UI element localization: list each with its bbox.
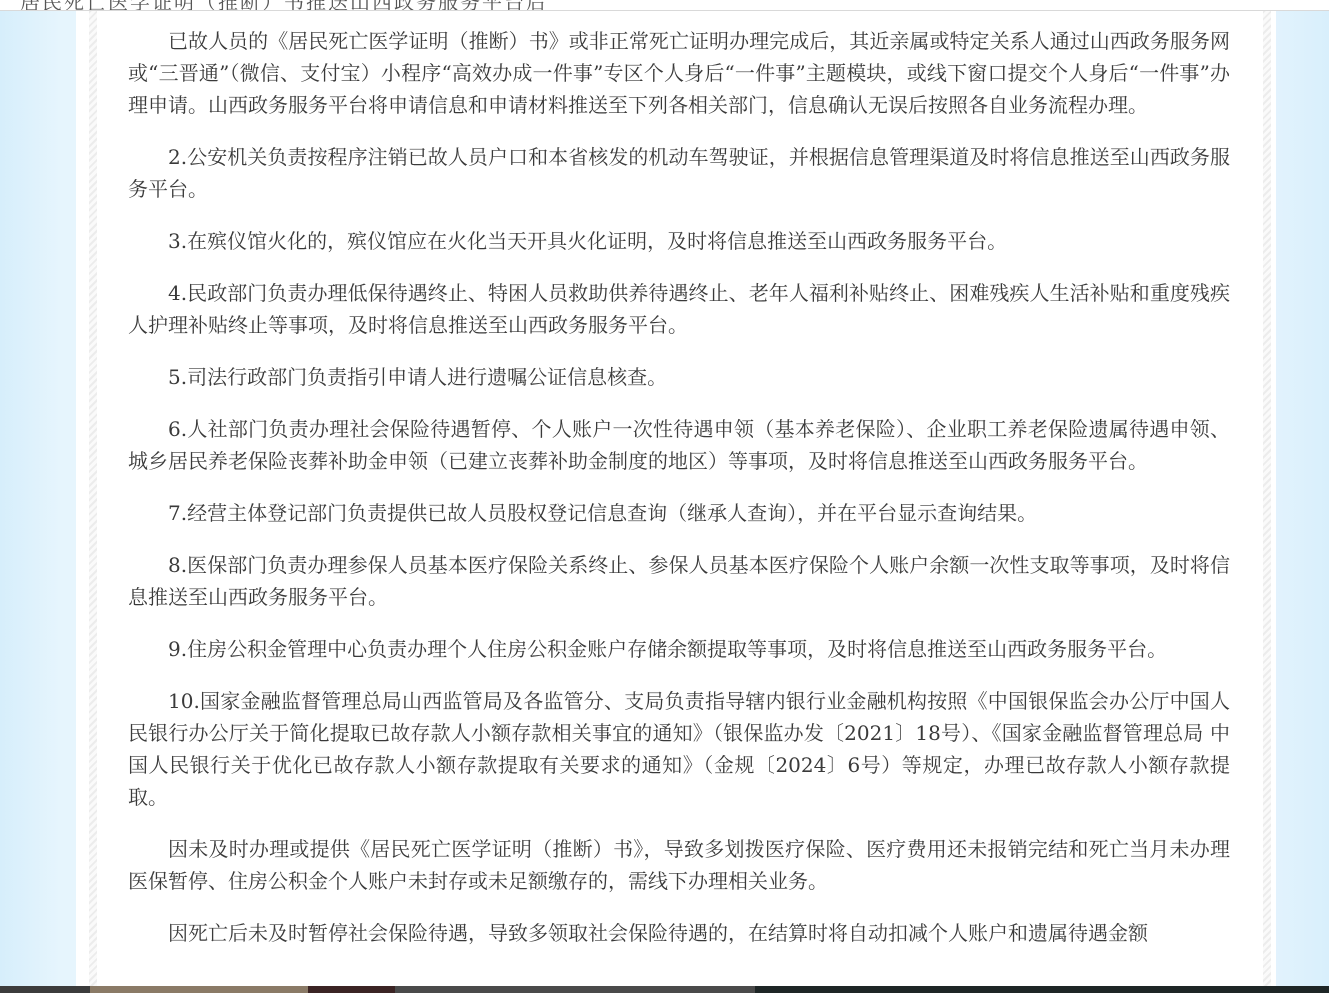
- paragraph-item-10: 10.国家金融监督管理总局山西监管局及各监管分、支局负责指导辖内银行业金融机构按…: [128, 685, 1230, 813]
- paragraph-item-4: 4.民政部门负责办理低保待遇终止、特困人员救助供养待遇终止、老年人福利补贴终止、…: [128, 277, 1230, 341]
- paragraph-item-7: 7.经营主体登记部门负责提供已故人员股权登记信息查询（继承人查询），并在平台显示…: [128, 497, 1230, 529]
- cut-off-text: 居民死亡医学证明（推断）书推送山西政务服务平台后: [20, 0, 548, 11]
- bottom-strip-segment: [395, 986, 755, 993]
- bottom-strip-segment: [755, 986, 1329, 993]
- bottom-image-strip: [0, 986, 1329, 993]
- paragraph-intro: 已故人员的《居民死亡医学证明（推断）书》或非正常死亡证明办理完成后，其近亲属或特…: [128, 25, 1230, 121]
- article-body: 已故人员的《居民死亡医学证明（推断）书》或非正常死亡证明办理完成后，其近亲属或特…: [128, 25, 1230, 969]
- paragraph-item-2: 2.公安机关负责按程序注销已故人员户口和本省核发的机动车驾驶证，并根据信息管理渠…: [128, 141, 1230, 205]
- article-panel: 已故人员的《居民死亡医学证明（推断）书》或非正常死亡证明办理完成后，其近亲属或特…: [76, 11, 1276, 986]
- bottom-strip-segment: [0, 986, 90, 993]
- paragraph-note-1: 因未及时办理或提供《居民死亡医学证明（推断）书》，导致多划拨医疗保险、医疗费用还…: [128, 833, 1230, 897]
- page: 居民死亡医学证明（推断）书推送山西政务服务平台后 已故人员的《居民死亡医学证明（…: [0, 0, 1329, 993]
- paragraph-note-2: 因死亡后未及时暂停社会保险待遇，导致多领取社会保险待遇的，在结算时将自动扣减个人…: [128, 917, 1230, 949]
- bottom-strip-segment: [308, 986, 395, 993]
- previous-content-strip: 居民死亡医学证明（推断）书推送山西政务服务平台后: [0, 0, 1329, 11]
- paragraph-item-9: 9.住房公积金管理中心负责办理个人住房公积金账户存储余额提取等事项，及时将信息推…: [128, 633, 1230, 665]
- paragraph-item-3: 3.在殡仪馆火化的，殡仪馆应在火化当天开具火化证明，及时将信息推送至山西政务服务…: [128, 225, 1230, 257]
- paragraph-item-8: 8.医保部门负责办理参保人员基本医疗保险关系终止、参保人员基本医疗保险个人账户余…: [128, 549, 1230, 613]
- paragraph-item-5: 5.司法行政部门负责指引申请人进行遗嘱公证信息核查。: [128, 361, 1230, 393]
- paragraph-item-6: 6.人社部门负责办理社会保险待遇暂停、个人账户一次性待遇申领（基本养老保险）、企…: [128, 413, 1230, 477]
- bottom-strip-segment: [90, 986, 308, 993]
